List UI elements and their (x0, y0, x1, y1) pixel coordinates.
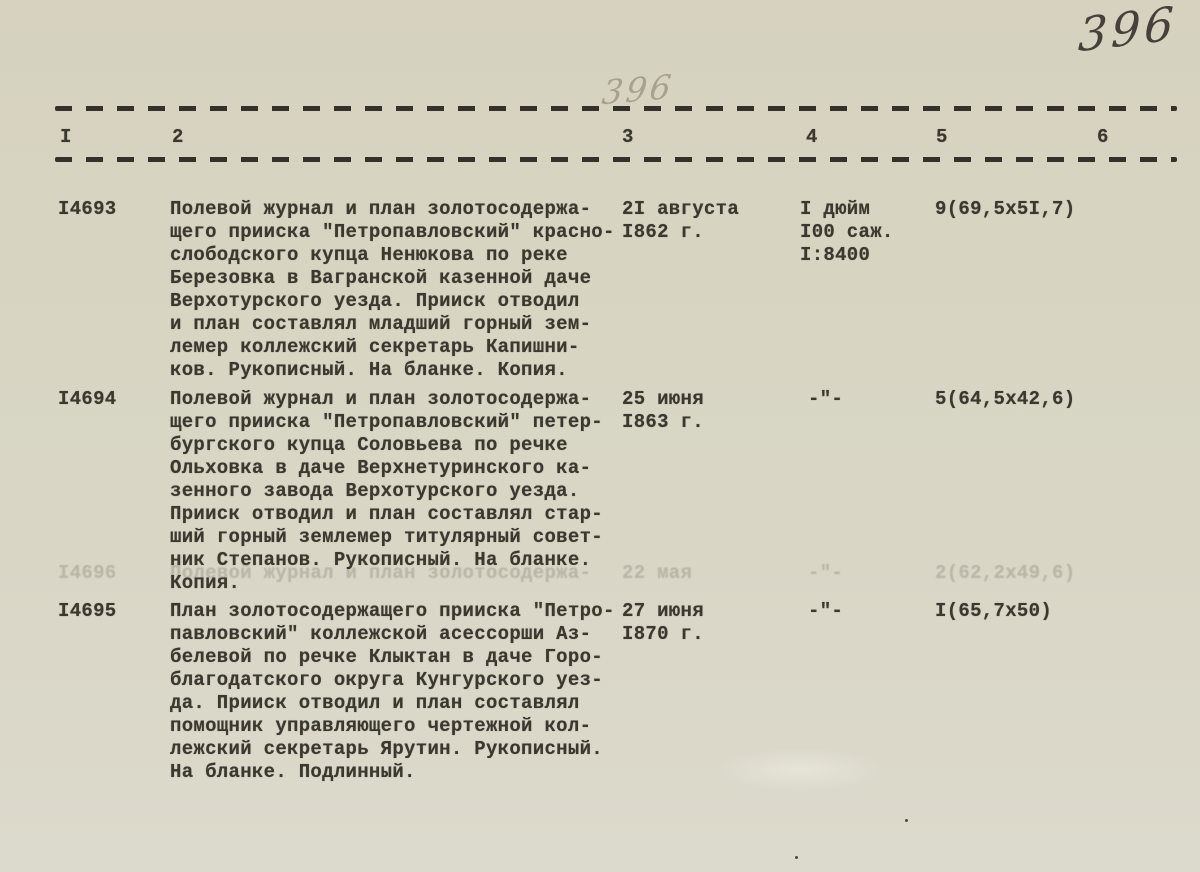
entry-scale: I дюйм I00 саж. I:8400 (800, 198, 894, 267)
entry-size: 5(64,5x42,6) (935, 388, 1075, 411)
ghost-entry-description: Полевой журнал и план золотосодержа- (170, 562, 635, 585)
ghost-entry-scale: -"- (808, 562, 843, 585)
paper-smudge (715, 748, 885, 792)
entry-size: I(65,7x50) (935, 600, 1052, 623)
column-header-5: 5 (936, 126, 948, 149)
column-header-4: 4 (806, 126, 818, 149)
entry-date: 25 июня I863 г. (622, 388, 704, 434)
handwritten-page-number: 396 (1077, 0, 1179, 62)
table-rule-bottom (55, 157, 1177, 162)
ghost-entry-size: 2(62,2x49,6) (935, 562, 1075, 585)
entry-description: План золотосодержащего прииска "Петро- п… (170, 600, 635, 784)
column-header-6: 6 (1097, 126, 1109, 149)
entry-date: 27 июня I870 г. (622, 600, 704, 646)
paper-speck (905, 819, 908, 822)
entry-date: 2I августа I862 г. (622, 198, 739, 244)
column-header-2: 2 (172, 126, 184, 149)
entry-scale: -"- (808, 388, 843, 411)
entry-number: I4693 (58, 198, 117, 221)
entry-number: I4695 (58, 600, 117, 623)
entry-description: Полевой журнал и план золотосодержа- щег… (170, 198, 635, 382)
entry-number: I4694 (58, 388, 117, 411)
entry-size: 9(69,5x5I,7) (935, 198, 1075, 221)
scanned-page: 396 396 I 2 3 4 5 6 I4693 Полевой журнал… (0, 0, 1200, 872)
column-header-3: 3 (622, 126, 634, 149)
ghost-entry-number: I4696 (58, 562, 117, 585)
paper-speck (795, 856, 798, 859)
ghost-entry-date: 22 мая (622, 562, 692, 585)
column-header-1: I (60, 126, 72, 149)
table-rule-top (55, 106, 1177, 111)
entry-scale: -"- (808, 600, 843, 623)
